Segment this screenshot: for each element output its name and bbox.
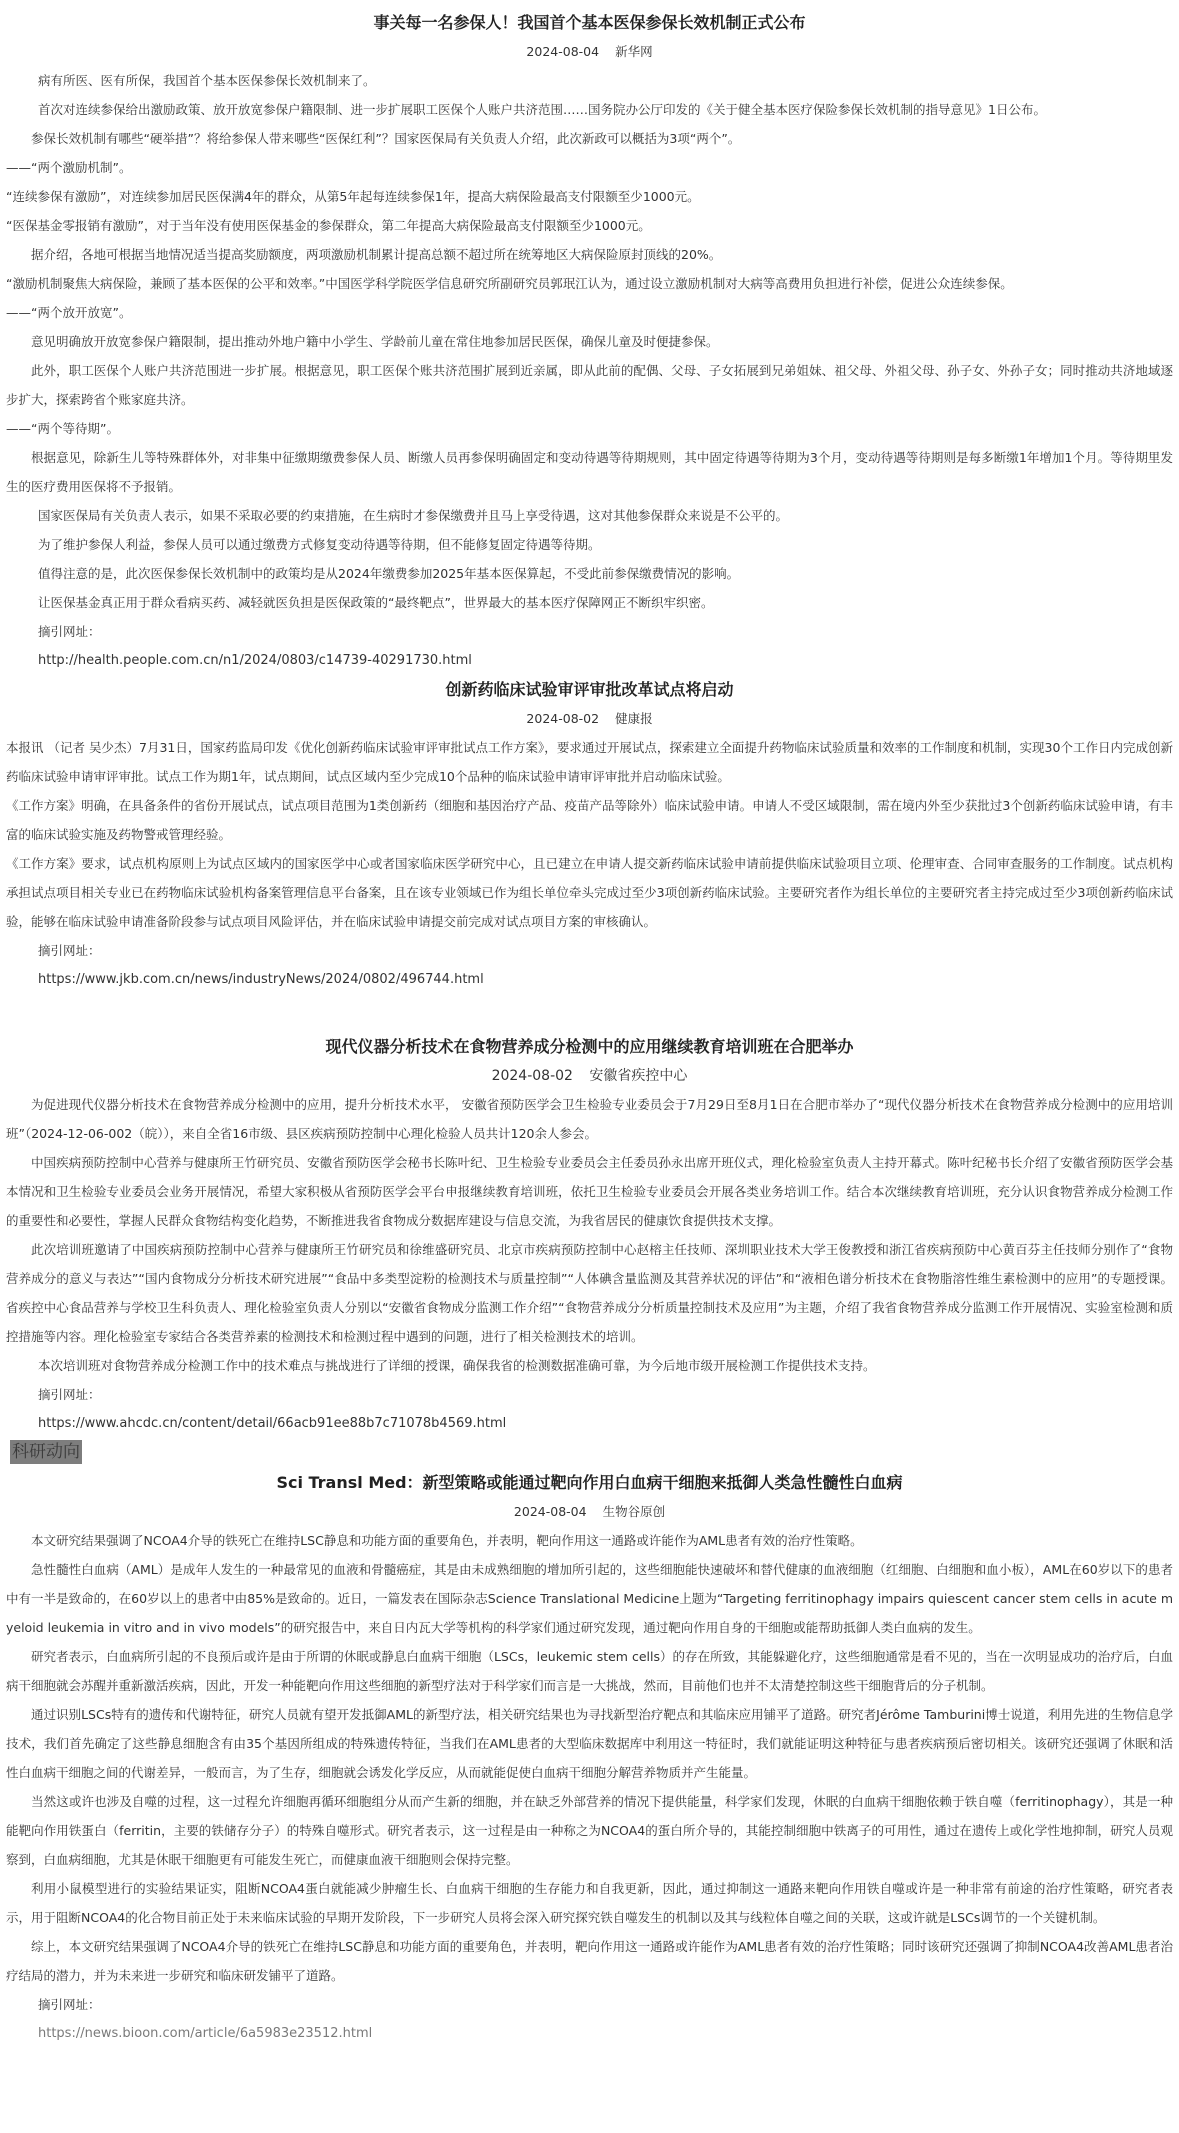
paragraph: 意见明确放开放宽参保户籍限制，提出推动外地户籍中小学生、学龄前儿童在常住地参加居… xyxy=(6,327,1173,356)
paragraph: ——“两个激励机制”。 xyxy=(6,153,1173,182)
paragraph: 值得注意的是，此次医保参保长效机制中的政策均是从2024年缴费参加2025年基本… xyxy=(6,559,1173,588)
paragraph: 根据意见，除新生儿等特殊群体外，对非集中征缴期缴费参保人员、断缴人员再参保明确固… xyxy=(6,443,1173,501)
article-source: 新华网 xyxy=(615,44,653,59)
paragraph: 本报讯 （记者 吴少杰）7月31日，国家药监局印发《优化创新药临床试验审评审批试… xyxy=(6,733,1173,791)
article-source: 安徽省疾控中心 xyxy=(589,1068,687,1084)
article-meta: 2024-08-04 生物谷原创 xyxy=(6,1498,1173,1526)
reference-link[interactable]: https://www.jkb.com.cn/news/industryNews… xyxy=(6,965,1173,994)
article-meta: 2024-08-02 安徽省疾控中心 xyxy=(6,1062,1173,1090)
article-title: 事关每一名参保人！我国首个基本医保参保长效机制正式公布 xyxy=(6,0,1173,38)
paragraph: 国家医保局有关负责人表示，如果不采取必要的约束措施，在生病时才参保缴费并且马上享… xyxy=(6,501,1173,530)
section-badge-research: 科研动向 xyxy=(10,1440,82,1464)
reference-label: 摘引网址： xyxy=(6,1990,1173,2019)
paragraph: 让医保基金真正用于群众看病买药、减轻就医负担是医保政策的“最终靶点”，世界最大的… xyxy=(6,588,1173,617)
article-body: 为促进现代仪器分析技术在食物营养成分检测中的应用，提升分析技术水平， 安徽省预防… xyxy=(6,1090,1173,1380)
article-body: 本文研究结果强调了NCOA4介导的铁死亡在维持LSC静息和功能方面的重要角色，并… xyxy=(6,1526,1173,1990)
paragraph: 研究者表示，白血病所引起的不良预后或许是由于所谓的休眠或静息白血病干细胞（LSC… xyxy=(6,1642,1173,1700)
spacer xyxy=(6,994,1173,1032)
paragraph: 当然这或许也涉及自噬的过程，这一过程允许细胞再循环细胞组分从而产生新的细胞，并在… xyxy=(6,1787,1173,1874)
reference-label: 摘引网址： xyxy=(6,1380,1173,1409)
article-title: Sci Transl Med：新型策略或能通过靶向作用白血病干细胞来抵御人类急性… xyxy=(6,1468,1173,1498)
paragraph: “医保基金零报销有激励”，对于当年没有使用医保基金的参保群众，第二年提高大病保险… xyxy=(6,211,1173,240)
reference-link[interactable]: http://health.people.com.cn/n1/2024/0803… xyxy=(6,646,1173,675)
article-date: 2024-08-04 xyxy=(514,1504,587,1519)
paragraph: 本次培训班对食物营养成分检测工作中的技术难点与挑战进行了详细的授课，确保我省的检… xyxy=(6,1351,1173,1380)
paragraph: ——“两个放开放宽”。 xyxy=(6,298,1173,327)
paragraph: 首次对连续参保给出激励政策、放开放宽参保户籍限制、进一步扩展职工医保个人账户共济… xyxy=(6,95,1173,124)
paragraph: “连续参保有激励”，对连续参加居民医保满4年的群众，从第5年起每连续参保1年，提… xyxy=(6,182,1173,211)
article-source: 生物谷原创 xyxy=(603,1504,666,1519)
article-date: 2024-08-02 xyxy=(526,711,599,726)
article-source: 健康报 xyxy=(615,711,653,726)
article-title: 创新药临床试验审评审批改革试点将启动 xyxy=(6,675,1173,705)
paragraph: 《工作方案》明确，在具备条件的省份开展试点，试点项目范围为1类创新药（细胞和基因… xyxy=(6,791,1173,849)
paragraph: 据介绍，各地可根据当地情况适当提高奖励额度，两项激励机制累计提高总额不超过所在统… xyxy=(6,240,1173,269)
article-date: 2024-08-04 xyxy=(526,44,599,59)
article-aml-research: Sci Transl Med：新型策略或能通过靶向作用白血病干细胞来抵御人类急性… xyxy=(6,1468,1173,2048)
paragraph: 通过识别LSCs特有的遗传和代谢特征，研究人员就有望开发抵御AML的新型疗法，相… xyxy=(6,1700,1173,1787)
paragraph: 此外，职工医保个人账户共济范围进一步扩展。根据意见，职工医保个账共济范围扩展到近… xyxy=(6,356,1173,414)
article-body: 病有所医、医有所保，我国首个基本医保参保长效机制来了。首次对连续参保给出激励政策… xyxy=(6,66,1173,617)
paragraph: 急性髓性白血病（AML）是成年人发生的一种最常见的血液和骨髓癌症，其是由未成熟细… xyxy=(6,1555,1173,1642)
article-meta: 2024-08-04 新华网 xyxy=(6,38,1173,66)
paragraph: 此次培训班邀请了中国疾病预防控制中心营养与健康所王竹研究员和徐维盛研究员、北京市… xyxy=(6,1235,1173,1351)
reference-label: 摘引网址： xyxy=(6,936,1173,965)
paragraph: 病有所医、医有所保，我国首个基本医保参保长效机制来了。 xyxy=(6,66,1173,95)
paragraph: ——“两个等待期”。 xyxy=(6,414,1173,443)
paragraph: 《工作方案》要求，试点机构原则上为试点区域内的国家医学中心或者国家临床医学研究中… xyxy=(6,849,1173,936)
paragraph: 为促进现代仪器分析技术在食物营养成分检测中的应用，提升分析技术水平， 安徽省预防… xyxy=(6,1090,1173,1148)
paragraph: 中国疾病预防控制中心营养与健康所王竹研究员、安徽省预防医学会秘书长陈叶纪、卫生检… xyxy=(6,1148,1173,1235)
reference-label: 摘引网址： xyxy=(6,617,1173,646)
article-food-nutrition-training: 现代仪器分析技术在食物营养成分检测中的应用继续教育培训班在合肥举办 2024-0… xyxy=(6,1032,1173,1438)
article-medical-insurance: 事关每一名参保人！我国首个基本医保参保长效机制正式公布 2024-08-04 新… xyxy=(6,0,1173,675)
paragraph: 利用小鼠模型进行的实验结果证实，阻断NCOA4蛋白就能减少肿瘤生长、白血病干细胞… xyxy=(6,1874,1173,1932)
article-title: 现代仪器分析技术在食物营养成分检测中的应用继续教育培训班在合肥举办 xyxy=(6,1032,1173,1062)
reference-link[interactable]: https://news.bioon.com/article/6a5983e23… xyxy=(6,2019,1173,2048)
paragraph: 综上，本文研究结果强调了NCOA4介导的铁死亡在维持LSC静息和功能方面的重要角… xyxy=(6,1932,1173,1990)
paragraph: 参保长效机制有哪些“硬举措”？将给参保人带来哪些“医保红利”？国家医保局有关负责… xyxy=(6,124,1173,153)
document-page: 事关每一名参保人！我国首个基本医保参保长效机制正式公布 2024-08-04 新… xyxy=(0,0,1179,2048)
paragraph: 为了维护参保人利益，参保人员可以通过缴费方式修复变动待遇等待期，但不能修复固定待… xyxy=(6,530,1173,559)
section-header: 科研动向 xyxy=(6,1438,1173,1468)
article-drug-trial-reform: 创新药临床试验审评审批改革试点将启动 2024-08-02 健康报 本报讯 （记… xyxy=(6,675,1173,994)
paragraph: “激励机制聚焦大病保险，兼顾了基本医保的公平和效率。”中国医学科学院医学信息研究… xyxy=(6,269,1173,298)
article-date: 2024-08-02 xyxy=(492,1068,573,1084)
paragraph: 本文研究结果强调了NCOA4介导的铁死亡在维持LSC静息和功能方面的重要角色，并… xyxy=(6,1526,1173,1555)
reference-link[interactable]: https://www.ahcdc.cn/content/detail/66ac… xyxy=(6,1409,1173,1438)
article-meta: 2024-08-02 健康报 xyxy=(6,705,1173,733)
article-body: 本报讯 （记者 吴少杰）7月31日，国家药监局印发《优化创新药临床试验审评审批试… xyxy=(6,733,1173,936)
